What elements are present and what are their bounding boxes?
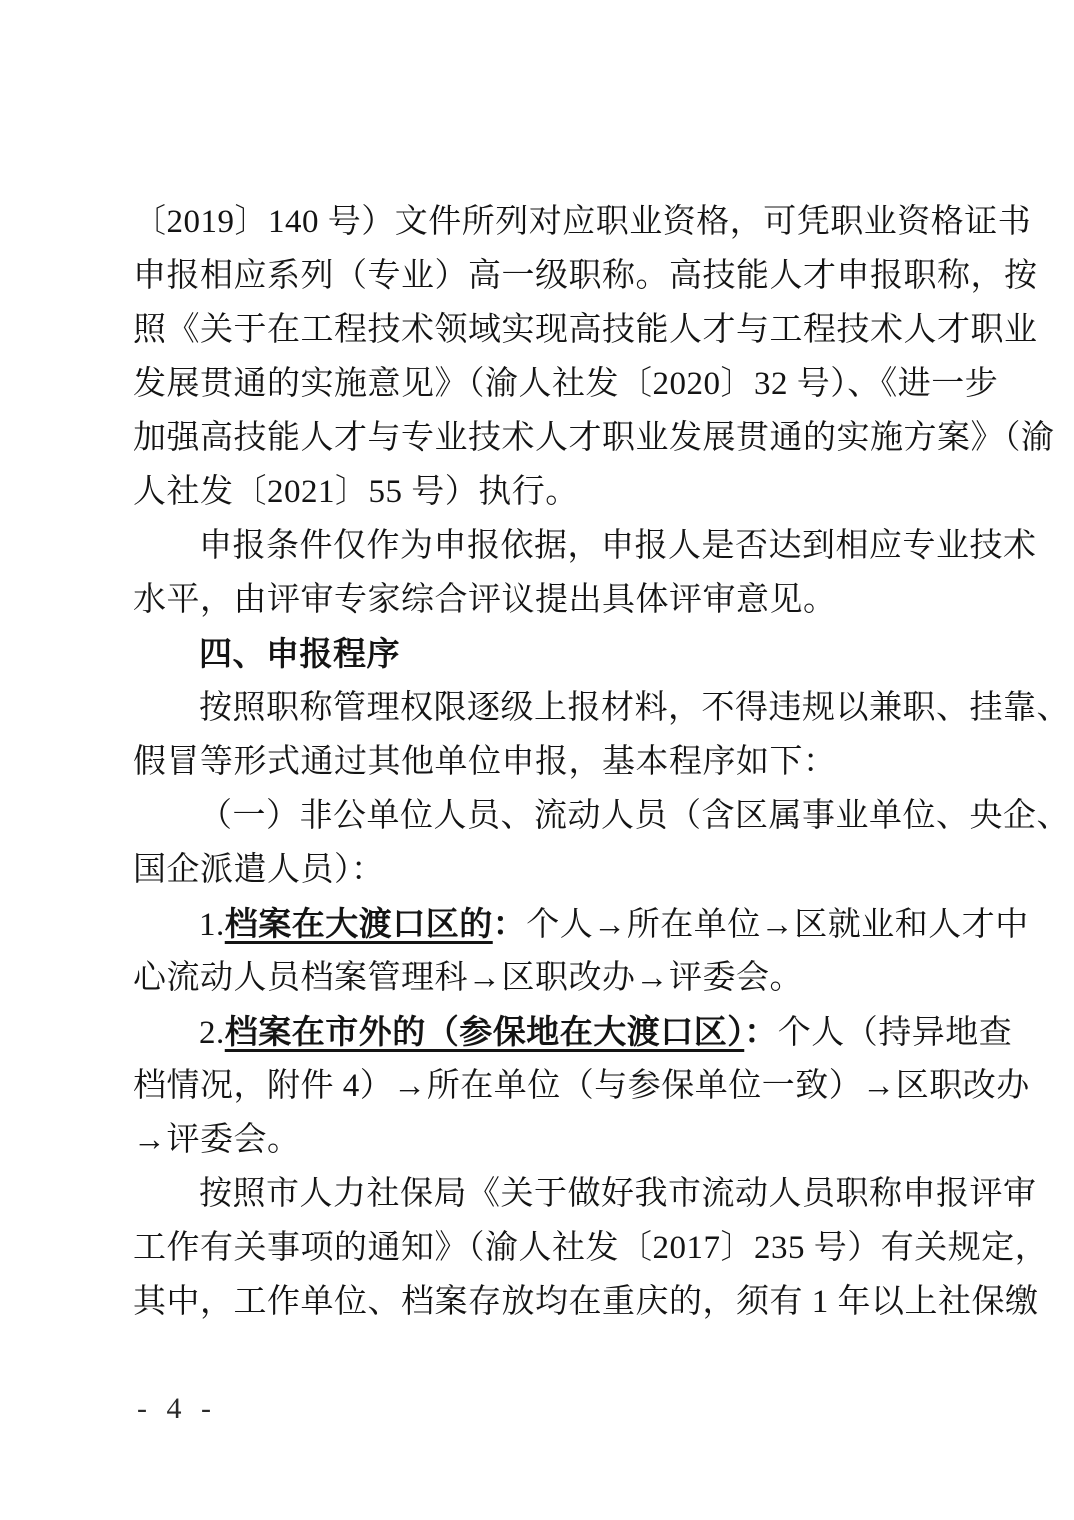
run: 2. (199, 1015, 225, 1051)
run: 个人→所在单位→区就业和人才中 (526, 907, 1029, 943)
run: 个人（持异地查 (778, 1015, 1013, 1051)
text-line: 按照市人力社保局《关于做好我市流动人员职称申报评审 (133, 1167, 939, 1221)
text-line: 档情况，附件 4）→所在单位（与参保单位一致）→区职改办 (133, 1059, 939, 1113)
text-line: 心流动人员档案管理科→区职改办→评委会。 (133, 951, 939, 1005)
text-line: 水平，由评审专家综合评议提出具体评审意见。 (133, 573, 939, 627)
text-line: 人社发〔2021〕55 号）执行。 (133, 465, 939, 519)
text-line: 〔2019〕140 号）文件所列对应职业资格，可凭职业资格证书 (133, 195, 939, 249)
text-line: 申报条件仅作为申报依据，申报人是否达到相应专业技术 (133, 519, 939, 573)
subsection-heading-line: （一）非公单位人员、流动人员（含区属事业单位、央企、 (133, 789, 939, 843)
text-line: 假冒等形式通过其他单位申报，基本程序如下： (133, 735, 939, 789)
text-line: 2.档案在市外的（参保地在大渡口区）：个人（持异地查 (133, 1005, 939, 1059)
text-line: 发展贯通的实施意见》（渝人社发〔2020〕32 号）、《进一步 (133, 357, 939, 411)
text-line: →评委会。 (133, 1113, 939, 1167)
run: 1. (199, 907, 225, 943)
document-page: 〔2019〕140 号）文件所列对应职业资格，可凭职业资格证书 申报相应系列（专… (0, 0, 1074, 1520)
text-line: 1.档案在大渡口区的：个人→所在单位→区就业和人才中 (133, 897, 939, 951)
emphasized-run: 档案在市外的（参保地在大渡口区） (225, 1013, 745, 1050)
section-heading: 四、申报程序 (133, 627, 939, 681)
run: ： (744, 1013, 778, 1050)
subsection-heading-line: 国企派遣人员）： (133, 843, 939, 897)
text-line: 申报相应系列（专业）高一级职称。高技能人才申报职称，按 (133, 249, 939, 303)
run: ： (493, 905, 527, 942)
text-line: 加强高技能人才与专业技术人才职业发展贯通的实施方案》（渝 (133, 411, 939, 465)
text-line: 其中，工作单位、档案存放均在重庆的，须有 1 年以上社保缴 (133, 1275, 939, 1329)
emphasized-run: 档案在大渡口区的 (225, 905, 493, 942)
text-line: 工作有关事项的通知》（渝人社发〔2017〕235 号）有关规定， (133, 1221, 939, 1275)
document-body: 〔2019〕140 号）文件所列对应职业资格，可凭职业资格证书 申报相应系列（专… (133, 195, 939, 1329)
text-line: 按照职称管理权限逐级上报材料，不得违规以兼职、挂靠、 (133, 681, 939, 735)
page-number: - 4 - (137, 1392, 217, 1426)
text-line: 照《关于在工程技术领域实现高技能人才与工程技术人才职业 (133, 303, 939, 357)
